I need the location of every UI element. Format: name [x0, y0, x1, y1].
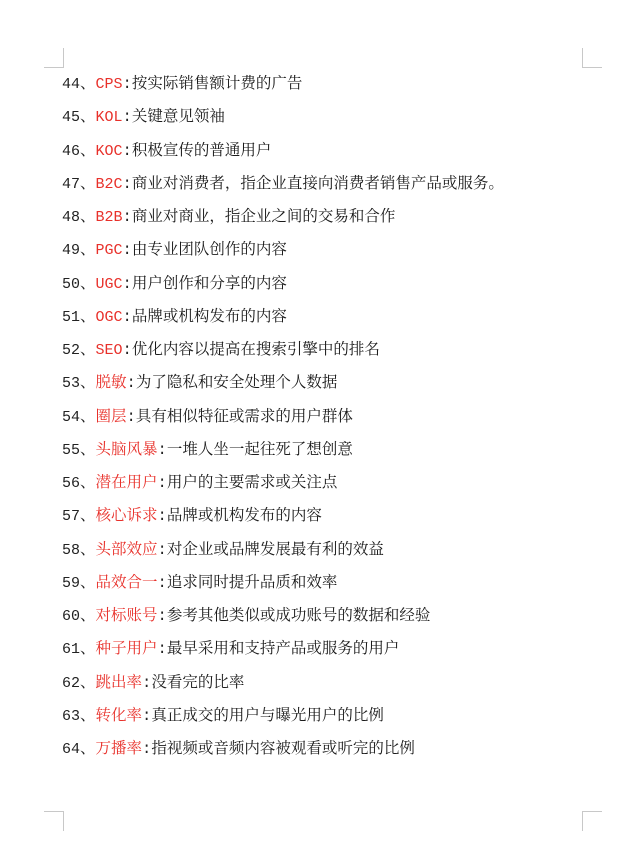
- glossary-item: 63、转化率:真正成交的用户与曝光用户的比例: [62, 702, 504, 735]
- item-colon: :: [123, 241, 132, 259]
- item-colon: :: [127, 374, 136, 392]
- item-number: 59: [62, 575, 80, 592]
- item-term: 脱敏: [96, 373, 127, 391]
- item-colon: :: [123, 108, 132, 126]
- item-term: 潜在用户: [96, 473, 158, 491]
- item-term: UGC: [96, 276, 123, 293]
- item-number: 47: [62, 176, 80, 193]
- item-term: 种子用户: [96, 639, 158, 657]
- item-separator: 、: [80, 141, 96, 159]
- item-term: 核心诉求: [96, 506, 158, 524]
- glossary-item: 58、头部效应:对企业或品牌发展最有利的效益: [62, 536, 504, 569]
- item-colon: :: [158, 441, 167, 459]
- item-colon: :: [158, 640, 167, 658]
- item-separator: 、: [80, 673, 96, 691]
- item-colon: :: [158, 507, 167, 525]
- item-number: 49: [62, 242, 80, 259]
- glossary-item: 51、OGC:品牌或机构发布的内容: [62, 303, 504, 336]
- item-definition: 积极宣传的普通用户: [132, 141, 272, 159]
- glossary-item: 61、种子用户:最早采用和支持产品或服务的用户: [62, 635, 504, 668]
- corner-mark-top-left: [44, 48, 64, 68]
- item-term: 头脑风暴: [96, 440, 158, 458]
- glossary-item: 59、品效合一:追求同时提升品质和效率: [62, 569, 504, 602]
- item-colon: :: [123, 75, 132, 93]
- item-colon: :: [158, 607, 167, 625]
- glossary-item: 44、CPS:按实际销售额计费的广告: [62, 70, 504, 103]
- item-colon: :: [142, 707, 151, 725]
- item-separator: 、: [80, 440, 96, 458]
- item-definition: 追求同时提升品质和效率: [167, 573, 338, 591]
- glossary-item: 54、圈层:具有相似特征或需求的用户群体: [62, 403, 504, 436]
- item-separator: 、: [80, 606, 96, 624]
- item-number: 48: [62, 209, 80, 226]
- item-term: SEO: [96, 342, 123, 359]
- item-definition: 参考其他类似或成功账号的数据和经验: [167, 606, 431, 624]
- item-separator: 、: [80, 506, 96, 524]
- item-number: 44: [62, 76, 80, 93]
- item-colon: :: [158, 541, 167, 559]
- item-separator: 、: [80, 207, 96, 225]
- item-number: 57: [62, 508, 80, 525]
- item-term: KOC: [96, 143, 123, 160]
- item-term: 跳出率: [96, 673, 143, 691]
- item-definition: 由专业团队创作的内容: [132, 240, 287, 258]
- item-definition: 商业对消费者，指企业直接向消费者销售产品或服务。: [132, 174, 504, 192]
- item-separator: 、: [80, 74, 96, 92]
- item-number: 45: [62, 109, 80, 126]
- item-definition: 最早采用和支持产品或服务的用户: [167, 639, 400, 657]
- item-definition: 真正成交的用户与曝光用户的比例: [151, 706, 384, 724]
- item-term: 品效合一: [96, 573, 158, 591]
- item-number: 64: [62, 741, 80, 758]
- glossary-list: 44、CPS:按实际销售额计费的广告 45、KOL:关键意见领袖 46、KOC:…: [62, 70, 504, 768]
- item-number: 62: [62, 675, 80, 692]
- item-definition: 品牌或机构发布的内容: [167, 506, 322, 524]
- item-separator: 、: [80, 473, 96, 491]
- item-definition: 指视频或音频内容被观看或听完的比例: [151, 739, 415, 757]
- item-separator: 、: [80, 107, 96, 125]
- glossary-item: 56、潜在用户:用户的主要需求或关注点: [62, 469, 504, 502]
- item-number: 53: [62, 375, 80, 392]
- item-colon: :: [158, 574, 167, 592]
- item-separator: 、: [80, 706, 96, 724]
- glossary-item: 50、UGC:用户创作和分享的内容: [62, 270, 504, 303]
- document-page: 44、CPS:按实际销售额计费的广告 45、KOL:关键意见领袖 46、KOC:…: [0, 0, 643, 858]
- item-number: 60: [62, 608, 80, 625]
- item-separator: 、: [80, 240, 96, 258]
- item-definition: 优化内容以提高在搜索引擎中的排名: [132, 340, 380, 358]
- glossary-item: 49、PGC:由专业团队创作的内容: [62, 236, 504, 269]
- item-term: B2B: [96, 209, 123, 226]
- item-number: 51: [62, 309, 80, 326]
- item-colon: :: [123, 208, 132, 226]
- item-number: 52: [62, 342, 80, 359]
- item-term: 头部效应: [96, 540, 158, 558]
- item-term: KOL: [96, 109, 123, 126]
- item-definition: 没看完的比率: [151, 673, 244, 691]
- item-term: OGC: [96, 309, 123, 326]
- item-number: 61: [62, 641, 80, 658]
- item-colon: :: [123, 142, 132, 160]
- item-separator: 、: [80, 639, 96, 657]
- glossary-item: 55、头脑风暴:一堆人坐一起往死了想创意: [62, 436, 504, 469]
- item-separator: 、: [80, 307, 96, 325]
- glossary-item: 52、SEO:优化内容以提高在搜索引擎中的排名: [62, 336, 504, 369]
- glossary-item: 53、脱敏:为了隐私和安全处理个人数据: [62, 369, 504, 402]
- item-separator: 、: [80, 373, 96, 391]
- item-number: 63: [62, 708, 80, 725]
- glossary-item: 64、万播率:指视频或音频内容被观看或听完的比例: [62, 735, 504, 768]
- item-term: 转化率: [96, 706, 143, 724]
- item-separator: 、: [80, 573, 96, 591]
- item-definition: 按实际销售额计费的广告: [132, 74, 303, 92]
- glossary-item: 60、对标账号:参考其他类似或成功账号的数据和经验: [62, 602, 504, 635]
- item-number: 55: [62, 442, 80, 459]
- item-separator: 、: [80, 540, 96, 558]
- item-term: 对标账号: [96, 606, 158, 624]
- item-colon: :: [142, 674, 151, 692]
- item-colon: :: [158, 474, 167, 492]
- item-term: B2C: [96, 176, 123, 193]
- item-definition: 具有相似特征或需求的用户群体: [136, 407, 353, 425]
- glossary-item: 45、KOL:关键意见领袖: [62, 103, 504, 136]
- glossary-item: 62、跳出率:没看完的比率: [62, 669, 504, 702]
- item-definition: 对企业或品牌发展最有利的效益: [167, 540, 384, 558]
- corner-mark-bottom-right: [582, 811, 602, 831]
- item-separator: 、: [80, 274, 96, 292]
- item-term: 万播率: [96, 739, 143, 757]
- glossary-item: 47、B2C:商业对消费者，指企业直接向消费者销售产品或服务。: [62, 170, 504, 203]
- item-separator: 、: [80, 739, 96, 757]
- item-term: PGC: [96, 242, 123, 259]
- glossary-item: 48、B2B:商业对商业，指企业之间的交易和合作: [62, 203, 504, 236]
- item-colon: :: [123, 341, 132, 359]
- item-number: 54: [62, 409, 80, 426]
- corner-mark-bottom-left: [44, 811, 64, 831]
- glossary-item: 57、核心诉求:品牌或机构发布的内容: [62, 502, 504, 535]
- item-number: 46: [62, 143, 80, 160]
- item-number: 56: [62, 475, 80, 492]
- item-colon: :: [142, 740, 151, 758]
- item-separator: 、: [80, 407, 96, 425]
- item-definition: 用户创作和分享的内容: [132, 274, 287, 292]
- item-colon: :: [127, 408, 136, 426]
- item-number: 50: [62, 276, 80, 293]
- item-colon: :: [123, 308, 132, 326]
- item-definition: 一堆人坐一起往死了想创意: [167, 440, 353, 458]
- item-number: 58: [62, 542, 80, 559]
- item-separator: 、: [80, 340, 96, 358]
- item-definition: 用户的主要需求或关注点: [167, 473, 338, 491]
- item-separator: 、: [80, 174, 96, 192]
- item-term: CPS: [96, 76, 123, 93]
- item-term: 圈层: [96, 407, 127, 425]
- glossary-item: 46、KOC:积极宣传的普通用户: [62, 137, 504, 170]
- corner-mark-top-right: [582, 48, 602, 68]
- item-definition: 为了隐私和安全处理个人数据: [136, 373, 338, 391]
- item-definition: 品牌或机构发布的内容: [132, 307, 287, 325]
- item-colon: :: [123, 275, 132, 293]
- item-colon: :: [123, 175, 132, 193]
- item-definition: 商业对商业，指企业之间的交易和合作: [132, 207, 396, 225]
- item-definition: 关键意见领袖: [132, 107, 225, 125]
